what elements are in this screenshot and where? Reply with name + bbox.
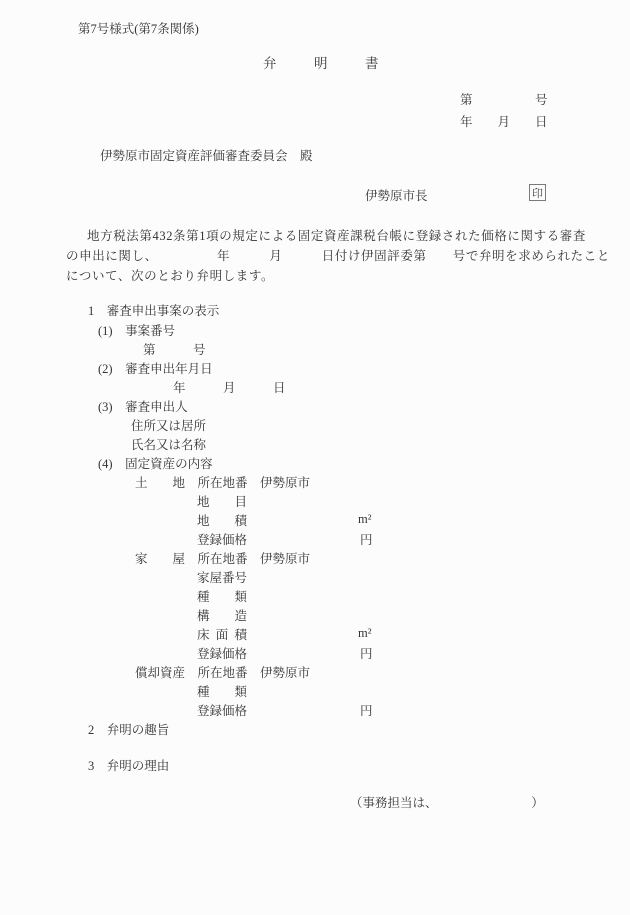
land-category-label: 地 目	[197, 495, 247, 511]
sender-line: 伊勢原市長	[365, 189, 428, 205]
land-area-unit: m²	[358, 512, 371, 528]
house-price-label: 登録価格	[197, 647, 247, 663]
assets-price-label: 登録価格	[197, 704, 247, 720]
appellant-label: (3) 審査申出人	[98, 400, 188, 416]
form-number: 第7号様式(第7条関係)	[78, 22, 199, 38]
house-price-unit: 円	[360, 647, 373, 663]
house-location-row: 家 屋 所在地番 伊勢原市	[135, 552, 310, 568]
house-floor-area-label: 床 面 積	[197, 628, 247, 644]
case-number-label: (1) 事案番号	[98, 324, 175, 340]
assets-price-unit: 円	[360, 704, 373, 720]
house-structure-label: 構 造	[197, 609, 247, 625]
section1-heading: 1 審査申出事案の表示	[88, 304, 219, 320]
filing-date-blank: 年 月 日	[173, 381, 286, 397]
house-kind-label: 種 類	[197, 590, 247, 606]
addressee-line: 伊勢原市固定資産評価審査委員会 殿	[100, 149, 313, 165]
appellant-address-label: 住所又は居所	[131, 419, 206, 435]
assets-location-row: 償却資産 所在地番 伊勢原市	[135, 666, 310, 682]
opening-paragraph-line3: について、次のとおり弁明します。	[66, 269, 274, 285]
house-number-label: 家屋番号	[197, 571, 247, 587]
assets-kind-label: 種 類	[197, 685, 247, 701]
case-number-blank: 第 号	[143, 343, 206, 359]
land-location-row: 土 地 所在地番 伊勢原市	[135, 476, 310, 492]
land-price-unit: 円	[360, 533, 373, 549]
land-area-label: 地 積	[197, 514, 247, 530]
land-price-label: 登録価格	[197, 533, 247, 549]
document-date-blank: 年 月 日	[460, 115, 548, 131]
filing-date-label: (2) 審査申出年月日	[98, 362, 213, 378]
house-floor-area-unit: m²	[358, 626, 371, 642]
page-title: 弁 明 書	[263, 56, 391, 73]
section2-heading: 2 弁明の趣旨	[88, 723, 169, 739]
document-number-blank: 第 号	[460, 93, 548, 109]
benmeisho-form-page: 第7号様式(第7条関係) 弁 明 書 第 号 年 月 日 伊勢原市固定資産評価審…	[0, 0, 630, 915]
property-label: (4) 固定資産の内容	[98, 457, 213, 473]
appellant-name-label: 氏名又は名称	[131, 438, 206, 454]
opening-paragraph-line1: 地方税法第432条第1項の規定による固定資産課税台帳に登録された価格に関する審査	[87, 229, 586, 245]
opening-paragraph-line2: の申出に関し、 年 月 日付け伊固評委第 号で弁明を求められたこと	[66, 249, 610, 265]
section3-heading: 3 弁明の理由	[88, 759, 169, 775]
footer-clerk-note: （事務担当は、 ）	[350, 796, 544, 812]
seal-mark: 印	[529, 184, 546, 201]
